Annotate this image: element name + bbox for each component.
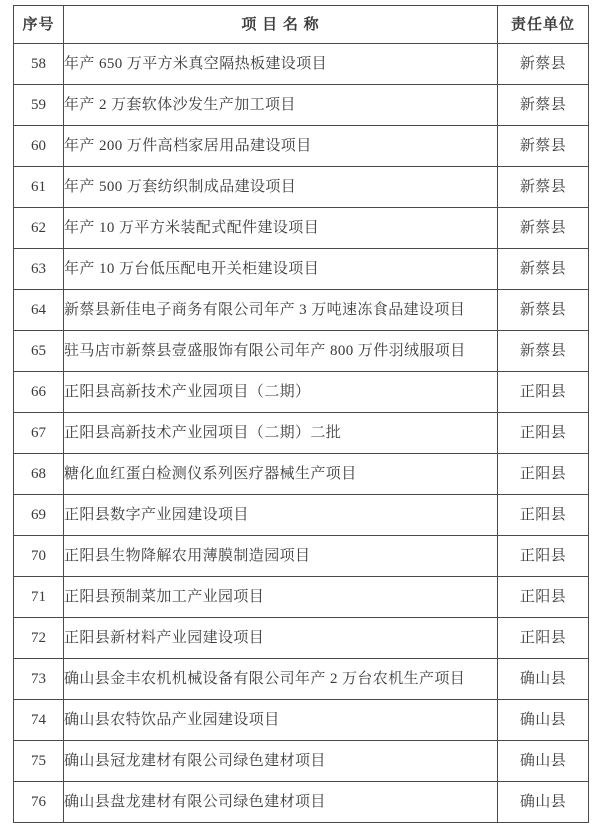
row-responsible-unit-cell: 新蔡县: [498, 249, 589, 290]
row-responsible-unit-cell: 新蔡县: [498, 167, 589, 208]
header-responsible-unit: 责任单位: [498, 6, 589, 44]
row-responsible-unit-cell: 新蔡县: [498, 208, 589, 249]
row-serial-number-cell: 62: [14, 208, 64, 249]
row-project-name-cell: 年产 200 万件高档家居用品建设项目: [64, 126, 498, 167]
row-project-name-cell: 正阳县生物降解农用薄膜制造园项目: [64, 536, 498, 577]
table-row: 64新蔡县新佳电子商务有限公司年产 3 万吨速冻食品建设项目新蔡县: [14, 290, 589, 331]
table-row: 60年产 200 万件高档家居用品建设项目新蔡县: [14, 126, 589, 167]
row-project-name-cell: 确山县金丰农机机械设备有限公司年产 2 万台农机生产项目: [64, 659, 498, 700]
row-project-name-cell: 确山县冠龙建材有限公司绿色建材项目: [64, 741, 498, 782]
table-row: 71正阳县预制菜加工产业园项目正阳县: [14, 577, 589, 618]
row-responsible-unit-cell: 新蔡县: [498, 331, 589, 372]
row-serial-number-cell: 64: [14, 290, 64, 331]
table-row: 68糖化血红蛋白检测仪系列医疗器械生产项目正阳县: [14, 454, 589, 495]
row-project-name-cell: 年产 10 万台低压配电开关柜建设项目: [64, 249, 498, 290]
row-serial-number-cell: 74: [14, 700, 64, 741]
row-serial-number-cell: 66: [14, 372, 64, 413]
row-project-name-cell: 正阳县预制菜加工产业园项目: [64, 577, 498, 618]
row-serial-number-cell: 73: [14, 659, 64, 700]
row-serial-number-cell: 59: [14, 85, 64, 126]
table-row: 59年产 2 万套软体沙发生产加工项目新蔡县: [14, 85, 589, 126]
table-row: 62年产 10 万平方米装配式配件建设项目新蔡县: [14, 208, 589, 249]
row-serial-number-cell: 58: [14, 44, 64, 85]
row-serial-number-cell: 60: [14, 126, 64, 167]
table-row: 76确山县盘龙建材有限公司绿色建材项目确山县: [14, 782, 589, 823]
row-project-name-cell: 正阳县高新技术产业园项目（二期）二批: [64, 413, 498, 454]
table-row: 58年产 650 万平方米真空隔热板建设项目新蔡县: [14, 44, 589, 85]
row-project-name-cell: 正阳县数字产业园建设项目: [64, 495, 498, 536]
row-serial-number-cell: 72: [14, 618, 64, 659]
row-responsible-unit-cell: 新蔡县: [498, 44, 589, 85]
row-responsible-unit-cell: 正阳县: [498, 536, 589, 577]
document-page: 序号 项 目 名 称 责任单位 58年产 650 万平方米真空隔热板建设项目新蔡…: [0, 0, 596, 833]
row-responsible-unit-cell: 新蔡县: [498, 85, 589, 126]
row-serial-number-cell: 69: [14, 495, 64, 536]
row-responsible-unit-cell: 确山县: [498, 700, 589, 741]
table-row: 65驻马店市新蔡县壹盛服饰有限公司年产 800 万件羽绒服项目新蔡县: [14, 331, 589, 372]
row-responsible-unit-cell: 确山县: [498, 741, 589, 782]
row-project-name-cell: 正阳县高新技术产业园项目（二期）: [64, 372, 498, 413]
row-project-name-cell: 驻马店市新蔡县壹盛服饰有限公司年产 800 万件羽绒服项目: [64, 331, 498, 372]
row-responsible-unit-cell: 正阳县: [498, 413, 589, 454]
row-responsible-unit-cell: 正阳县: [498, 618, 589, 659]
row-project-name-cell: 确山县农特饮品产业园建设项目: [64, 700, 498, 741]
row-serial-number-cell: 68: [14, 454, 64, 495]
row-serial-number-cell: 65: [14, 331, 64, 372]
table-row: 73确山县金丰农机机械设备有限公司年产 2 万台农机生产项目确山县: [14, 659, 589, 700]
row-project-name-cell: 年产 650 万平方米真空隔热板建设项目: [64, 44, 498, 85]
table-row: 75确山县冠龙建材有限公司绿色建材项目确山县: [14, 741, 589, 782]
row-project-name-cell: 糖化血红蛋白检测仪系列医疗器械生产项目: [64, 454, 498, 495]
table-row: 63年产 10 万台低压配电开关柜建设项目新蔡县: [14, 249, 589, 290]
projects-table: 序号 项 目 名 称 责任单位 58年产 650 万平方米真空隔热板建设项目新蔡…: [13, 5, 589, 823]
row-responsible-unit-cell: 确山县: [498, 659, 589, 700]
row-project-name-cell: 新蔡县新佳电子商务有限公司年产 3 万吨速冻食品建设项目: [64, 290, 498, 331]
row-serial-number-cell: 75: [14, 741, 64, 782]
row-responsible-unit-cell: 正阳县: [498, 577, 589, 618]
row-responsible-unit-cell: 新蔡县: [498, 290, 589, 331]
row-responsible-unit-cell: 正阳县: [498, 372, 589, 413]
row-responsible-unit-cell: 正阳县: [498, 495, 589, 536]
row-serial-number-cell: 63: [14, 249, 64, 290]
row-project-name-cell: 年产 2 万套软体沙发生产加工项目: [64, 85, 498, 126]
table-row: 69正阳县数字产业园建设项目正阳县: [14, 495, 589, 536]
table-row: 66正阳县高新技术产业园项目（二期）正阳县: [14, 372, 589, 413]
row-serial-number-cell: 67: [14, 413, 64, 454]
row-responsible-unit-cell: 新蔡县: [498, 126, 589, 167]
row-responsible-unit-cell: 正阳县: [498, 454, 589, 495]
row-serial-number-cell: 70: [14, 536, 64, 577]
row-serial-number-cell: 61: [14, 167, 64, 208]
header-serial-number: 序号: [14, 6, 64, 44]
row-serial-number-cell: 71: [14, 577, 64, 618]
table-row: 61年产 500 万套纺织制成品建设项目新蔡县: [14, 167, 589, 208]
row-project-name-cell: 年产 10 万平方米装配式配件建设项目: [64, 208, 498, 249]
header-project-name: 项 目 名 称: [64, 6, 498, 44]
row-responsible-unit-cell: 确山县: [498, 782, 589, 823]
table-row: 67正阳县高新技术产业园项目（二期）二批正阳县: [14, 413, 589, 454]
row-serial-number-cell: 76: [14, 782, 64, 823]
row-project-name-cell: 正阳县新材料产业园建设项目: [64, 618, 498, 659]
row-project-name-cell: 确山县盘龙建材有限公司绿色建材项目: [64, 782, 498, 823]
row-project-name-cell: 年产 500 万套纺织制成品建设项目: [64, 167, 498, 208]
table-row: 70正阳县生物降解农用薄膜制造园项目正阳县: [14, 536, 589, 577]
table-header-row: 序号 项 目 名 称 责任单位: [14, 6, 589, 44]
table-row: 74确山县农特饮品产业园建设项目确山县: [14, 700, 589, 741]
table-row: 72正阳县新材料产业园建设项目正阳县: [14, 618, 589, 659]
